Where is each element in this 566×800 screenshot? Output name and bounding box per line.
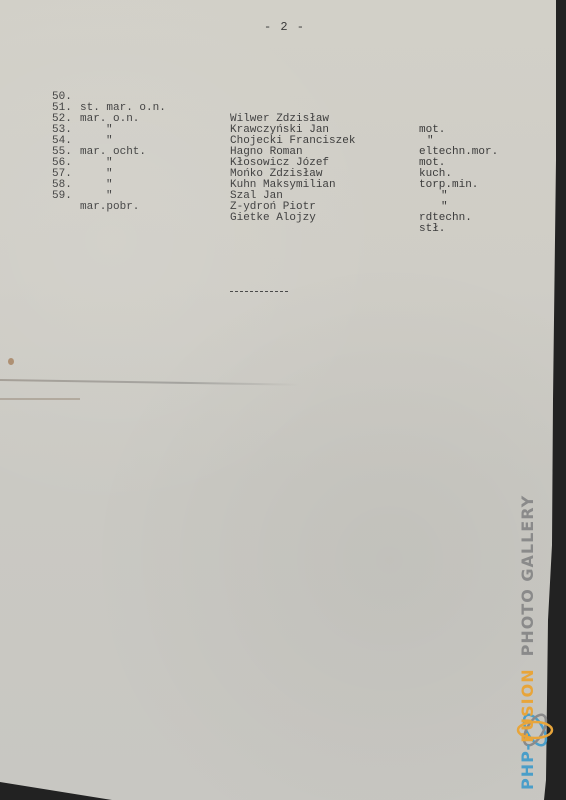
watermark-php: PHP-: [518, 743, 537, 790]
row-number: 55.: [52, 147, 72, 158]
page-number: - 2 -: [264, 20, 305, 34]
row-name: Chojecki Franciszek: [230, 136, 355, 147]
row-number: 56.: [52, 158, 72, 169]
row-rank: ": [106, 125, 113, 136]
list-row: 53. " Hagno Roman mot.: [0, 114, 40, 125]
list-row: 57. " Szal Jan ": [0, 158, 40, 169]
row-name: Gietke Alojzy: [230, 213, 316, 224]
list-row: 51. mar. o.n. Krawczyński Jan ": [0, 92, 40, 103]
end-divider: [230, 291, 288, 292]
row-name: Wilwer Zdzisław: [230, 114, 329, 125]
row-name: Kłosowicz Józef: [230, 158, 329, 169]
row-number: 58.: [52, 180, 72, 191]
list-row: 56. " Kuhn Maksymilian ": [0, 147, 40, 158]
row-name: Kuhn Maksymilian: [230, 180, 336, 191]
row-specialty: stł.: [419, 224, 445, 235]
row-rank: ": [106, 191, 113, 202]
row-specialty: torp.min.: [419, 180, 478, 191]
row-specialty: ": [441, 191, 448, 202]
row-specialty: ": [427, 136, 434, 147]
row-number: 54.: [52, 136, 72, 147]
row-rank: ": [106, 136, 113, 147]
row-specialty: rdtechn.: [419, 213, 472, 224]
row-rank: ": [106, 158, 113, 169]
row-rank: mar. ocht.: [80, 147, 146, 158]
row-rank: st. mar. o.n.: [80, 103, 166, 114]
list-row: 59. mar.pobr. Gietke Alojzy stł.: [0, 180, 40, 191]
row-specialty: eltechn.mor.: [419, 147, 498, 158]
list-row: 54. mar. ocht. Kłosowicz Józef kuch.: [0, 125, 40, 136]
row-name: Z-ydroń Piotr: [230, 202, 316, 213]
row-name: Szal Jan: [230, 191, 283, 202]
row-specialty: mot.: [419, 125, 445, 136]
row-number: 51.: [52, 103, 72, 114]
list-row: 52. " Chojecki Franciszek eltechn.mor.: [0, 103, 40, 114]
list-row: 58. " Z-ydroń Piotr rdtechn.: [0, 169, 40, 180]
watermark-text: PHP-FUSIONPHOTO GALLERY: [518, 495, 537, 790]
list-row: 55. " Mońko Zdzisław torp.min.: [0, 136, 40, 147]
watermark-gallery: PHOTO GALLERY: [518, 495, 537, 657]
list-row: 50. st. mar. o.n. Wilwer Zdzisław mot.: [0, 81, 40, 92]
row-rank: ": [106, 169, 113, 180]
row-specialty: mot.: [419, 158, 445, 169]
row-rank: mar.pobr.: [80, 202, 139, 213]
row-number: 53.: [52, 125, 72, 136]
row-specialty: ": [441, 202, 448, 213]
row-number: 57.: [52, 169, 72, 180]
row-name: Mońko Zdzisław: [230, 169, 322, 180]
watermark-fusion: FUSION: [518, 668, 537, 742]
row-number: 50.: [52, 92, 72, 103]
paper-fold-crease-lower: [0, 398, 80, 400]
php-fusion-watermark: PHP-FUSIONPHOTO GALLERY: [515, 450, 555, 790]
paper-fold-crease: [0, 379, 300, 386]
row-number: 52.: [52, 114, 72, 125]
row-specialty: kuch.: [419, 169, 452, 180]
row-rank: ": [106, 180, 113, 191]
row-rank: mar. o.n.: [80, 114, 139, 125]
scanned-paper-page: - 2 - 50. st. mar. o.n. Wilwer Zdzisław …: [0, 0, 556, 800]
row-name: Hagno Roman: [230, 147, 303, 158]
row-name: Krawczyński Jan: [230, 125, 329, 136]
row-number: 59.: [52, 191, 72, 202]
rust-stain: [8, 358, 14, 365]
